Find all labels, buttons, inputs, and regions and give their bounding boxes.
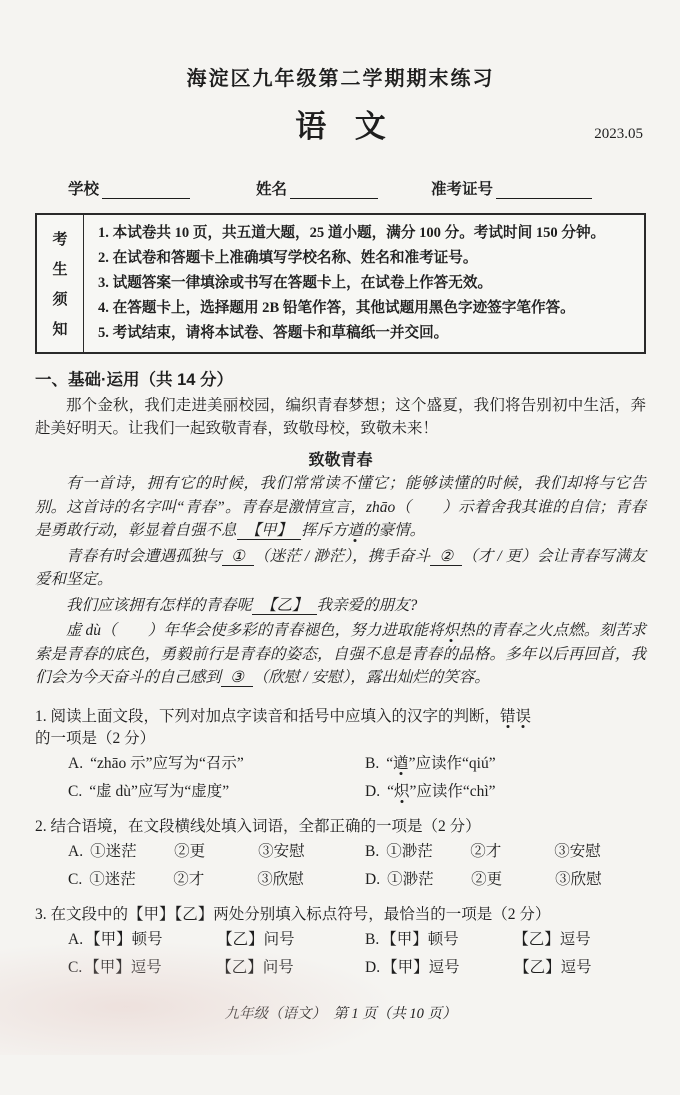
option-text: 【乙】逗号 xyxy=(513,926,591,954)
option-label: C. xyxy=(68,783,82,800)
student-field-label: 学校 xyxy=(68,177,99,199)
question: 1. 阅读上面文段，下列对加点字读音和括号中应填入的汉字的判断，错误的一项是（2… xyxy=(35,706,646,806)
option-text: ②才 xyxy=(470,838,554,866)
notice-item: 3. 试题答案一律填涂或书写在答题卡上，在试卷上作答无效。 xyxy=(98,271,634,296)
page-footer: 九年级（语文） 第 1 页（共 10 页） xyxy=(35,1002,646,1023)
option-label: C. xyxy=(68,871,82,888)
option-text: ③安慰 xyxy=(258,838,305,866)
student-field-blank xyxy=(496,181,592,199)
notice-side-label: 考生须知 xyxy=(37,215,84,352)
question-option: D.①渺茫②更③欣慰 xyxy=(365,866,646,894)
question-option: C.【甲】逗号【乙】问号 xyxy=(68,954,365,982)
passage-paragraph: 虚 dù（ ）年华会使多彩的青春褪色，努力进取能将炽热的青春之火点燃。刻苦求索是… xyxy=(35,619,646,690)
option-text: ①渺茫 xyxy=(387,866,471,894)
student-field: 姓名 xyxy=(256,177,378,199)
question-option: A.“zhāo 示”应写为“召示” xyxy=(68,750,365,778)
intro-paragraph: 那个金秋，我们走进美丽校园，编织青春梦想；这个盛夏，我们将告别初中生活，奔赴美好… xyxy=(35,394,646,440)
option-text: “zhāo 示”应写为“召示” xyxy=(90,755,244,772)
question: 3. 在文段中的【甲】【乙】两处分别填入标点符号，最恰当的一项是（2 分）A.【… xyxy=(35,904,646,982)
notice-side-char: 须 xyxy=(52,288,67,309)
question-option: C.①迷茫②才③欣慰 xyxy=(68,866,365,894)
option-label: A. xyxy=(68,755,83,772)
question-option: B.“遒”应读作“qiú” xyxy=(365,750,646,778)
option-label: A. xyxy=(68,931,83,948)
notice-side-char: 知 xyxy=(52,318,67,339)
question-option: B.①渺茫②才③安慰 xyxy=(365,838,646,866)
question-stem: 1. 阅读上面文段，下列对加点字读音和括号中应填入的汉字的判断，错误的一项是（2… xyxy=(35,706,646,750)
student-field: 准考证号 xyxy=(431,177,592,199)
option-label: D. xyxy=(365,871,380,888)
notice-item: 5. 考试结束，请将本试卷、答题卡和草稿纸一并交回。 xyxy=(98,321,634,346)
student-fields-row: 学校姓名准考证号 xyxy=(35,177,646,199)
option-text: ③安慰 xyxy=(554,838,601,866)
passage-paragraph: 我们应该拥有怎样的青春呢【乙】我亲爱的朋友? xyxy=(35,594,646,618)
option-text: ②才 xyxy=(173,866,257,894)
notice-side-char: 生 xyxy=(52,258,67,279)
option-label: D. xyxy=(365,959,380,976)
option-text: 【甲】顿号 xyxy=(381,926,513,954)
notice-items: 1. 本试卷共 10 页，共五道大题，25 道小题，满分 100 分。考试时间 … xyxy=(84,215,644,352)
question-options: A.【甲】顿号【乙】问号B.【甲】顿号【乙】逗号C.【甲】逗号【乙】问号D.【甲… xyxy=(68,926,646,982)
option-text: 【乙】问号 xyxy=(216,954,294,982)
notice-side-char: 考 xyxy=(52,228,67,249)
option-text: 【乙】问号 xyxy=(217,926,295,954)
option-label: C. xyxy=(68,959,82,976)
notice-item: 4. 在答题卡上，选择题用 2B 铅笔作答，其他试题用黑色字迹签字笔作答。 xyxy=(98,296,634,321)
option-text: ③欣慰 xyxy=(555,866,602,894)
option-text: ①迷茫 xyxy=(89,866,173,894)
exam-page: 海淀区九年级第二学期期末练习 语 文 2023.05 学校姓名准考证号 考生须知… xyxy=(0,0,680,1095)
student-field-blank xyxy=(290,181,378,199)
subject-title: 语 文 xyxy=(35,101,646,146)
student-field: 学校 xyxy=(68,177,190,199)
option-text: ②更 xyxy=(471,866,555,894)
passage-paragraph: 青春有时会遭遇孤独与①（迷茫 / 渺茫），携手奋斗②（才 / 更）会让青春写满友… xyxy=(35,545,646,592)
option-text: “炽”应读作“chì” xyxy=(387,783,495,800)
option-label: B. xyxy=(365,931,379,948)
question: 2. 结合语境，在文段横线处填入词语，全都正确的一项是（2 分）A.①迷茫②更③… xyxy=(35,816,646,894)
option-label: D. xyxy=(365,783,380,800)
option-label: B. xyxy=(365,755,379,772)
option-label: B. xyxy=(365,843,379,860)
question-option: A.【甲】顿号【乙】问号 xyxy=(68,926,365,954)
question-options: A.“zhāo 示”应写为“召示”B.“遒”应读作“qiú”C.“虚 dù”应写… xyxy=(68,750,646,806)
passage-paragraph: 有一首诗，拥有它的时候，我们常常读不懂它；能够读懂的时候，我们却将与它告别。这首… xyxy=(35,472,646,543)
questions: 1. 阅读上面文段，下列对加点字读音和括号中应填入的汉字的判断，错误的一项是（2… xyxy=(35,706,646,982)
notice-box: 考生须知 1. 本试卷共 10 页，共五道大题，25 道小题，满分 100 分。… xyxy=(35,213,646,354)
subject-row: 语 文 2023.05 xyxy=(35,101,646,147)
student-field-label: 姓名 xyxy=(256,177,287,199)
option-text: ①渺茫 xyxy=(386,838,470,866)
passage-title: 致敬青春 xyxy=(35,447,646,470)
question-option: C.“虚 dù”应写为“虚度” xyxy=(68,778,365,806)
exam-date: 2023.05 xyxy=(594,126,643,143)
question-option: B.【甲】顿号【乙】逗号 xyxy=(365,926,646,954)
notice-item: 1. 本试卷共 10 页，共五道大题，25 道小题，满分 100 分。考试时间 … xyxy=(98,221,634,246)
exam-title: 海淀区九年级第二学期期末练习 xyxy=(35,62,646,91)
question-option: A.①迷茫②更③安慰 xyxy=(68,838,365,866)
option-text: 【甲】逗号 xyxy=(382,954,514,982)
passage: 有一首诗，拥有它的时候，我们常常读不懂它；能够读懂的时候，我们却将与它告别。这首… xyxy=(35,472,646,690)
question-option: D.“炽”应读作“chì” xyxy=(365,778,646,806)
question-stem: 2. 结合语境，在文段横线处填入词语，全都正确的一项是（2 分） xyxy=(35,816,646,838)
notice-item: 2. 在试卷和答题卡上准确填写学校名称、姓名和准考证号。 xyxy=(98,246,634,271)
option-text: “遒”应读作“qiú” xyxy=(386,755,495,772)
student-field-label: 准考证号 xyxy=(431,177,493,199)
option-label: A. xyxy=(68,843,83,860)
option-text: ③欣慰 xyxy=(257,866,304,894)
option-text: 【乙】逗号 xyxy=(514,954,592,982)
question-options: A.①迷茫②更③安慰B.①渺茫②才③安慰C.①迷茫②才③欣慰D.①渺茫②更③欣慰 xyxy=(68,838,646,894)
option-text: 【甲】逗号 xyxy=(84,954,216,982)
option-text: 【甲】顿号 xyxy=(85,926,217,954)
option-text: “虚 dù”应写为“虚度” xyxy=(89,783,229,800)
question-option: D.【甲】逗号【乙】逗号 xyxy=(365,954,646,982)
option-text: ①迷茫 xyxy=(90,838,174,866)
question-stem: 3. 在文段中的【甲】【乙】两处分别填入标点符号，最恰当的一项是（2 分） xyxy=(35,904,646,926)
section-heading: 一、基础·运用（共 14 分） xyxy=(35,366,646,390)
option-text: ②更 xyxy=(174,838,258,866)
student-field-blank xyxy=(102,181,190,199)
